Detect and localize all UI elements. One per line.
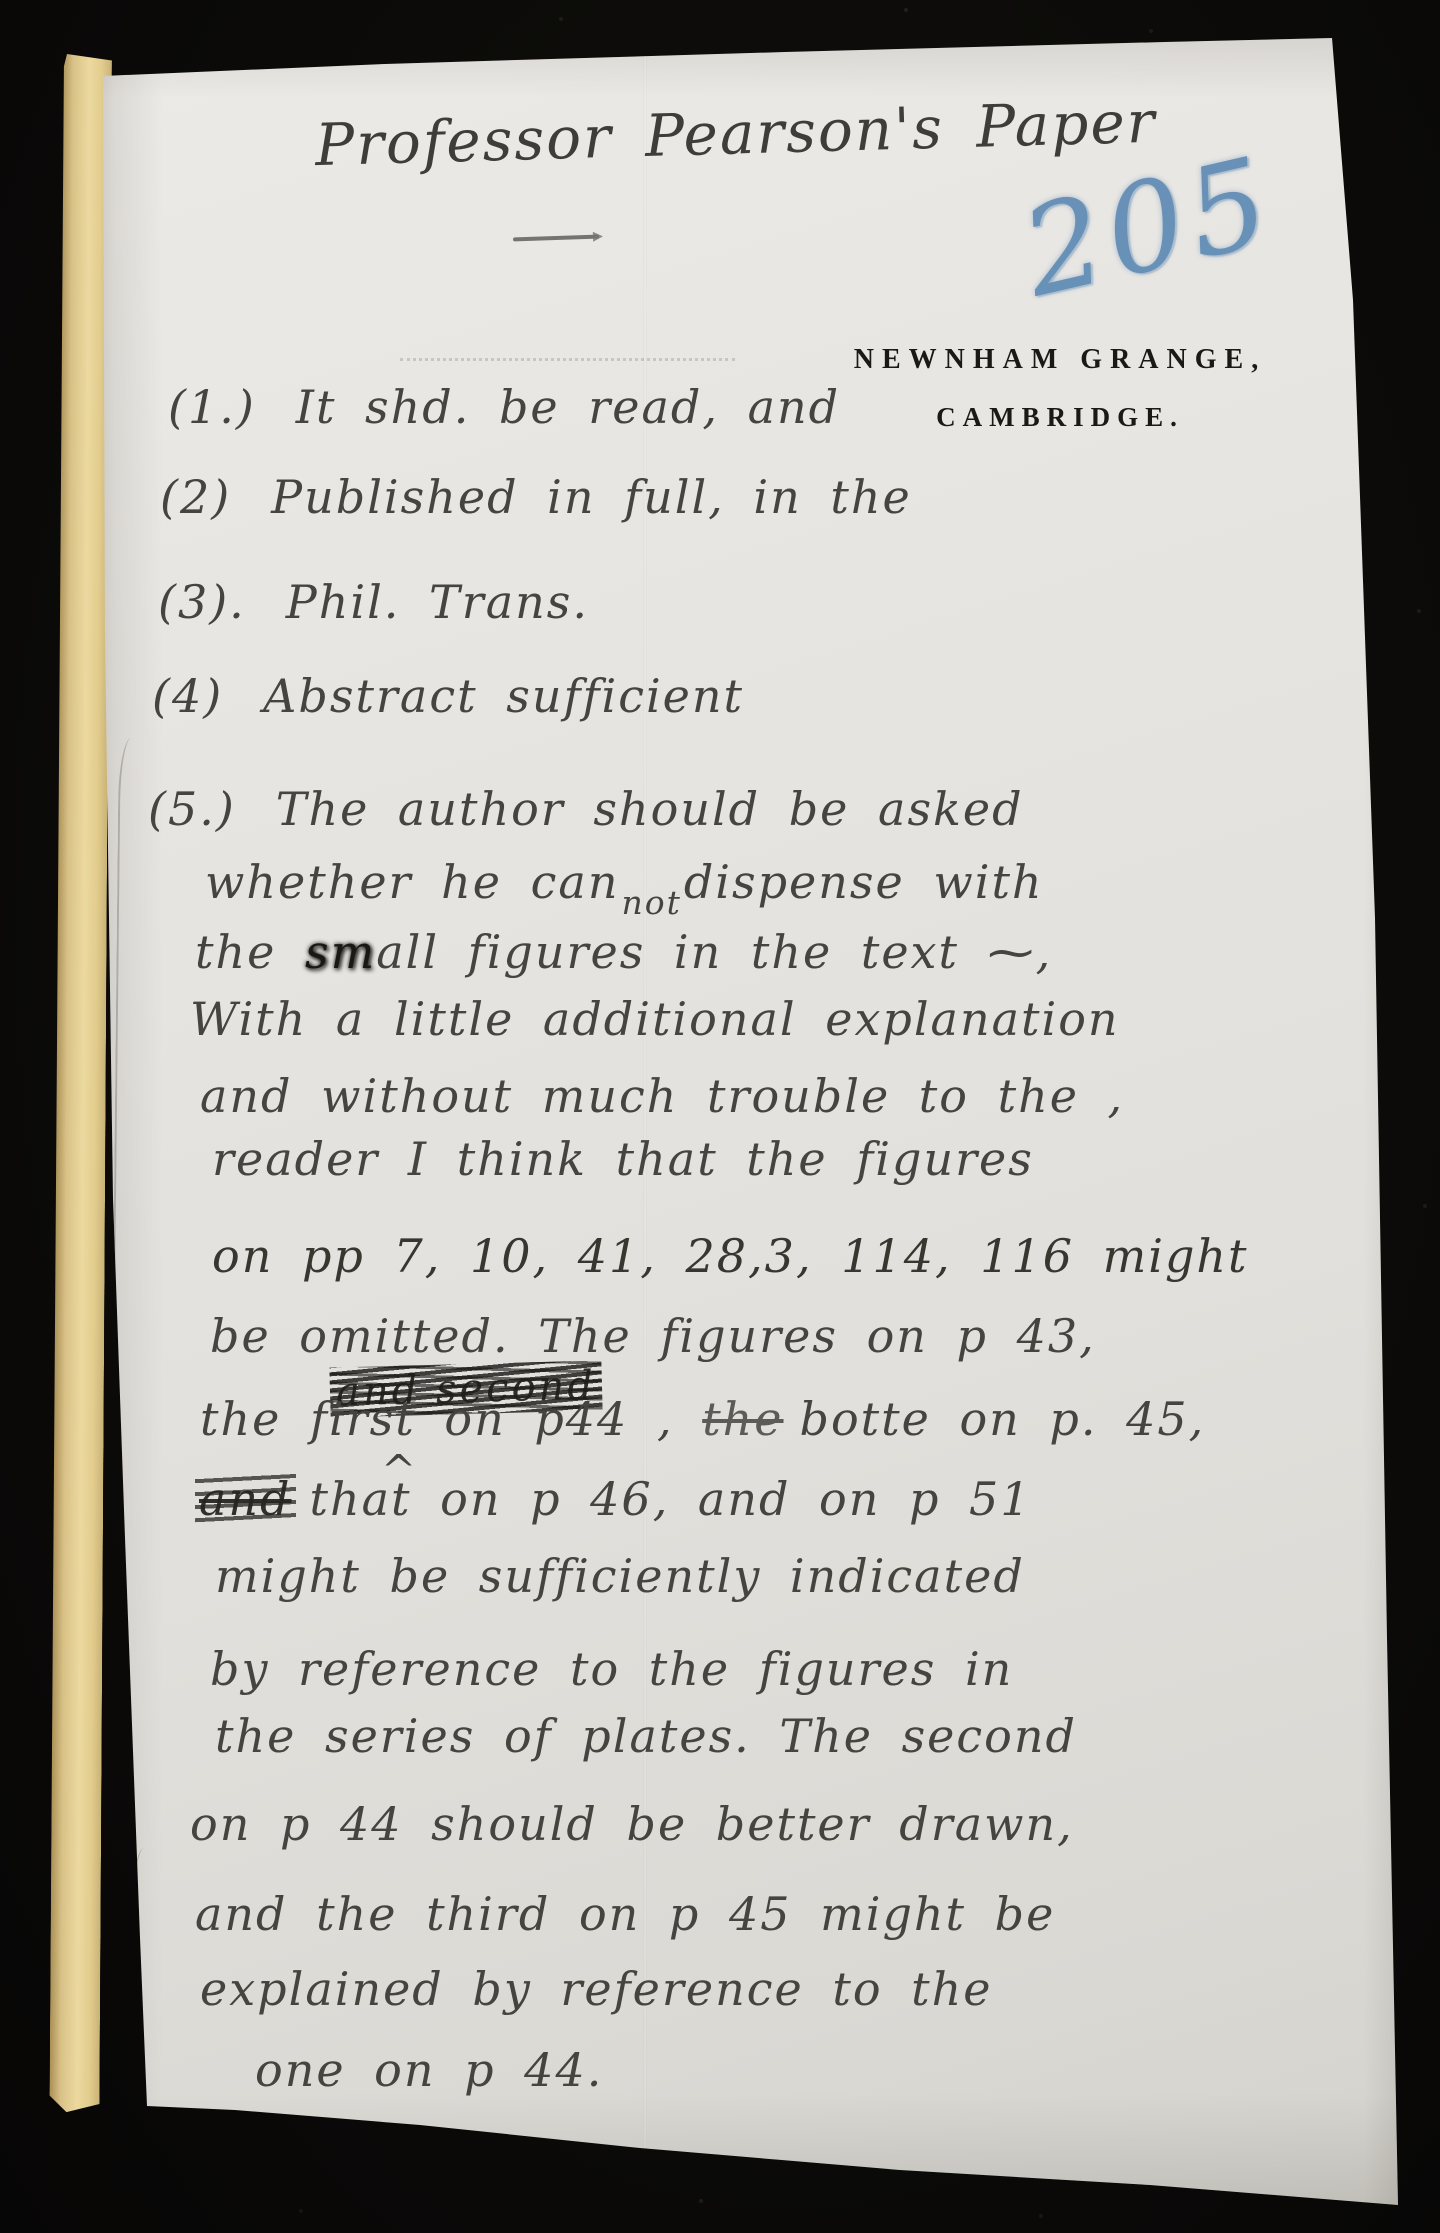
archive-number-annotation: 205: [1010, 130, 1286, 325]
item-2-number: (2): [160, 470, 231, 524]
list-item-2: (2)Published in full, in the: [160, 473, 912, 521]
manuscript-page: Professor Pearson's Paper 205 NEWNHAM GR…: [85, 38, 1405, 2223]
margin-pencil-mark-lower: [131, 1848, 155, 2076]
body-line-15: explained by reference to the: [200, 1965, 992, 2013]
body-line-2: the small figures in the text ⁓,: [195, 928, 1052, 976]
body-line-14: and the third on p 45 might be: [195, 1890, 1055, 1938]
body-line-2-b: all figures in the text ⁓,: [376, 925, 1052, 979]
body-line-1-b: dispense with: [684, 855, 1044, 909]
item-5-text: The author should be asked: [276, 782, 1024, 836]
struck-word-and: and: [195, 1472, 296, 1526]
body-line-8-b: botte on p. 45,: [800, 1392, 1206, 1446]
item-4-number: (4): [152, 669, 223, 723]
body-line-8: the first on p44 , thebotte on p. 45,: [200, 1395, 1205, 1443]
book-fore-edge: [49, 54, 112, 2112]
list-item-1: (1.)It shd. be read, and: [168, 383, 840, 431]
body-line-6: on pp 7, 10, 41, 28,3, 114, 116 might: [212, 1232, 1249, 1280]
body-line-11: by reference to the figures in: [210, 1645, 1013, 1693]
photographed-manuscript: Professor Pearson's Paper 205 NEWNHAM GR…: [0, 0, 1440, 2233]
body-line-9: andthat on p 46, and on p 51: [195, 1475, 1032, 1523]
body-line-3: With a little additional explanation: [190, 995, 1120, 1043]
letterhead: NEWNHAM GRANGE, CAMBRIDGE.: [840, 344, 1280, 433]
body-line-12: the series of plates. The second: [215, 1712, 1077, 1760]
margin-pencil-mark-upper: [111, 738, 147, 1463]
list-item-5: (5.)The author should be asked: [148, 785, 1024, 833]
item-1-text: It shd. be read, and: [296, 380, 840, 434]
body-line-8-a: the first on p44 ,: [200, 1392, 674, 1446]
title-underline-stroke: [513, 235, 599, 241]
page-title: Professor Pearson's Paper: [314, 93, 1115, 176]
list-item-4: (4)Abstract sufficient: [152, 672, 744, 720]
ink-blot-word: sm: [305, 925, 376, 979]
body-line-7: be omitted. The figures on p 43,: [210, 1312, 1096, 1360]
item-5-number: (5.): [148, 782, 236, 836]
dust-specks: [0, 0, 2, 2]
inserted-word-not: not: [621, 886, 681, 921]
item-3-number: (3).: [158, 575, 246, 629]
struck-word-the: the: [702, 1392, 783, 1446]
body-line-10: might be sufficiently indicated: [215, 1552, 1025, 1600]
body-line-1: whether he cannotdispense with: [205, 858, 1044, 906]
item-4-text: Abstract sufficient: [263, 669, 744, 723]
body-line-5: reader I think that the figures: [212, 1135, 1034, 1183]
item-1-number: (1.): [168, 380, 256, 434]
list-item-3: (3).Phil. Trans.: [158, 578, 589, 626]
body-line-2-a: the: [195, 925, 276, 979]
letterhead-line-1: NEWNHAM GRANGE,: [840, 344, 1280, 376]
item-3-text: Phil. Trans.: [286, 575, 589, 629]
body-line-9-b: that on p 46, and on p 51: [310, 1472, 1032, 1526]
body-line-16: one on p 44.: [255, 2046, 603, 2094]
body-line-13: on p 44 should be better drawn,: [190, 1800, 1074, 1848]
body-line-4: and without much trouble to the ,: [200, 1072, 1124, 1120]
letterhead-line-2: CAMBRIDGE.: [840, 402, 1280, 433]
embossed-stamp-marks: [400, 358, 735, 369]
body-line-1-a: whether he can: [205, 855, 619, 909]
item-2-text: Published in full, in the: [271, 470, 912, 524]
